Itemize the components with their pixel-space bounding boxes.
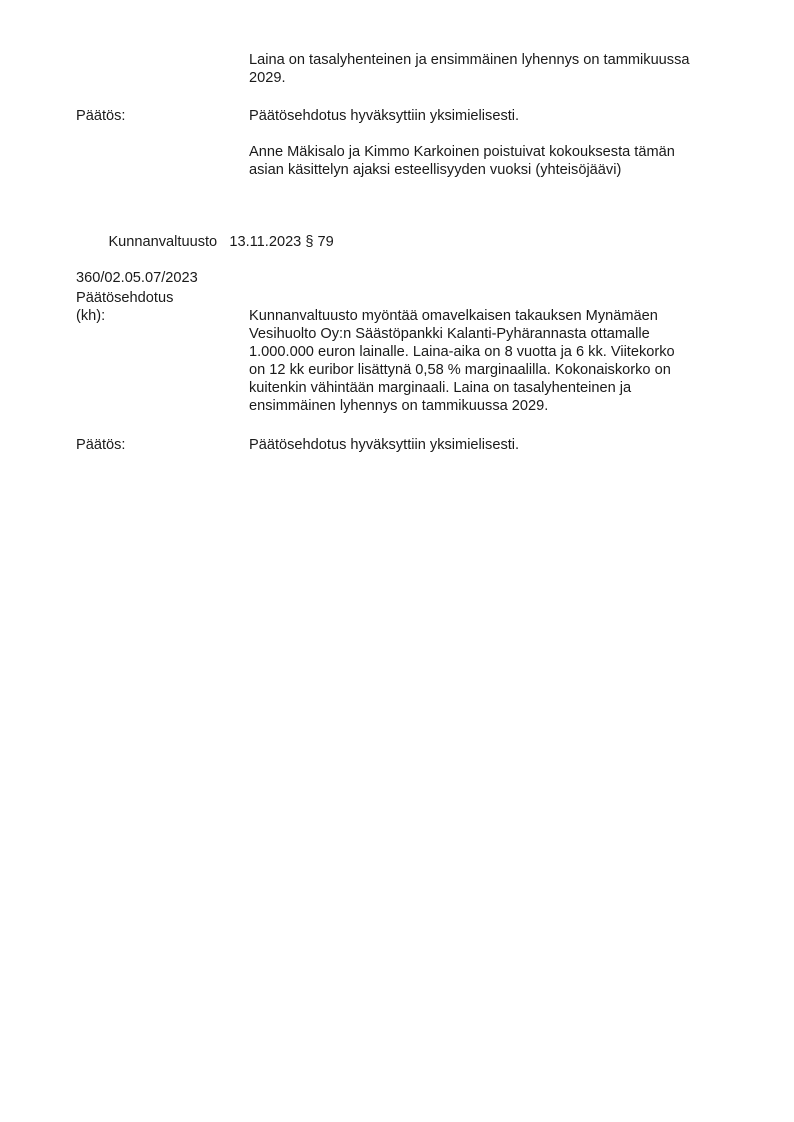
decision-1-label: Päätös: <box>76 107 246 125</box>
decision-1-text: Päätösehdotus hyväksyttiin yksimielisest… <box>249 107 739 125</box>
decision-2-text: Päätösehdotus hyväksyttiin yksimielisest… <box>249 436 739 454</box>
meeting-body: Kunnanvaltuusto <box>108 234 217 250</box>
carryover-line-2: 2029. <box>249 69 739 87</box>
proposal-line-6: ensimmäinen lyhennys on tammikuussa 2029… <box>249 397 739 415</box>
proposal-text: Kunnanvaltuusto myöntää omavelkaisen tak… <box>249 307 739 415</box>
proposal-label: Päätösehdotus (kh): <box>76 289 246 325</box>
proposal-line-1: Kunnanvaltuusto myöntää omavelkaisen tak… <box>249 307 739 325</box>
meeting-section-number: § 79 <box>305 234 333 250</box>
decision-2-label: Päätös: <box>76 436 246 454</box>
carryover-line-1: Laina on tasalyhenteinen ja ensimmäinen … <box>249 51 739 69</box>
record-number: 360/02.05.07/2023 <box>76 269 334 287</box>
proposal-label-line-1: Päätösehdotus <box>76 289 246 307</box>
disqualification-line-1: Anne Mäkisalo ja Kimmo Karkoinen poistui… <box>249 143 739 161</box>
proposal-line-2: Vesihuolto Oy:n Säästöpankki Kalanti-Pyh… <box>249 325 739 343</box>
document-page: Laina on tasalyhenteinen ja ensimmäinen … <box>0 0 794 1122</box>
disqualification-line-2: asian käsittelyn ajaksi esteellisyyden v… <box>249 161 739 179</box>
proposal-line-4: on 12 kk euribor lisättynä 0,58 % margin… <box>249 361 739 379</box>
proposal-line-3: 1.000.000 euron lainalle. Laina-aika on … <box>249 343 739 361</box>
proposal-label-line-2: (kh): <box>76 307 246 325</box>
carryover-text: Laina on tasalyhenteinen ja ensimmäinen … <box>249 51 739 87</box>
meeting-date: 13.11.2023 <box>229 234 301 250</box>
proposal-line-5: kuitenkin vähintään marginaali. Laina on… <box>249 379 739 397</box>
